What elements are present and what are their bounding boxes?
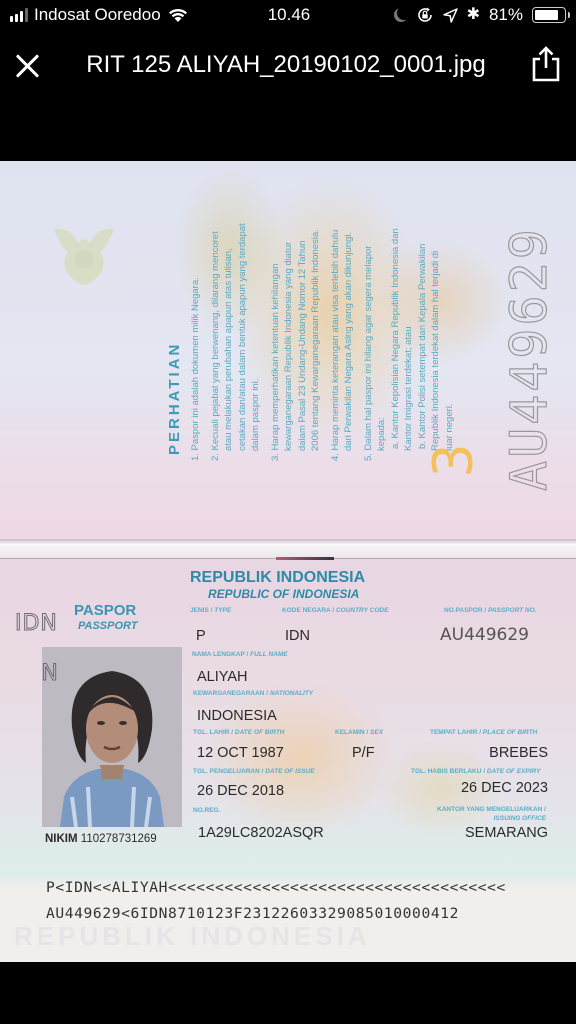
holder-photo: IDN xyxy=(42,647,182,827)
observation-line: cetakan dan/atau dalam bentuk apapun yan… xyxy=(237,223,248,451)
observation-line: 2006 tentang Kewarganegaraan Republik In… xyxy=(310,229,321,451)
header-republic: REPUBLIC OF INDONESIA xyxy=(208,587,359,601)
photo-country-mark: IDN xyxy=(42,661,59,686)
header-republik: REPUBLIK INDONESIA xyxy=(190,569,365,587)
nikim-label: NIKIM xyxy=(45,833,78,845)
value-sex: P/F xyxy=(352,745,375,761)
value-issuing-office: SEMARANG xyxy=(465,825,548,841)
label-nationality: KEWARGANEGARAAN / NATIONALITY xyxy=(193,690,313,697)
value-place-of-birth: BREBES xyxy=(489,745,548,761)
observation-line: dalam paspor ini. xyxy=(250,379,261,451)
value-nationality: INDONESIA xyxy=(197,708,277,724)
label-reg-no: NO.REG. xyxy=(193,807,220,814)
file-title: RIT 125 ALIYAH_20190102_0001.jpg xyxy=(0,51,576,79)
battery-icon xyxy=(532,7,566,23)
passport-image[interactable]: PERHATIAN 1. Paspor ini adalah dokumen m… xyxy=(0,161,576,962)
label-country-code: KODE NEGARA / COUNTRY CODE xyxy=(282,607,388,614)
label-issuing-office: KANTOR YANG MENGELUARKAN /ISSUING OFFICE xyxy=(437,805,546,823)
observation-line: a. Kantor Kepolisian Negara Republik Ind… xyxy=(390,228,401,449)
share-icon[interactable] xyxy=(530,46,562,82)
page-number: 3 xyxy=(422,443,485,477)
value-type: P xyxy=(196,628,206,644)
location-icon xyxy=(443,8,458,23)
label-passport-no: NO.PASPOR / PASSPORT NO. xyxy=(444,607,536,614)
page-edge-marker xyxy=(276,557,334,560)
observations-page: PERHATIAN 1. Paspor ini adalah dokumen m… xyxy=(0,161,576,545)
status-bar: Indosat Ooredoo 10.46 ✱ 81% xyxy=(0,0,576,32)
observation-line: b. Kantor Polisi setempat dan Kepala Per… xyxy=(417,244,428,449)
observation-line: 5. Dalam hal paspor ini hilang agar sege… xyxy=(363,246,374,461)
label-date-of-issue: TGL. PENGELUARAN / DATE OF ISSUE xyxy=(193,768,315,775)
observation-line: 2. Kecuali pejabat yang berwenang, dilar… xyxy=(210,231,221,461)
observation-line: Republik Indonesia terdekat dalam hal te… xyxy=(430,251,441,451)
value-full-name: ALIYAH xyxy=(197,669,248,685)
value-country-code: IDN xyxy=(285,628,310,644)
label-date-of-expiry: TGL. HABIS BERLAKU / DATE OF EXPIRY xyxy=(411,768,540,775)
value-date-of-birth: 12 OCT 1987 xyxy=(197,745,284,761)
battery-level xyxy=(535,10,558,20)
observation-line: dalam Pasal 23 Undang-Undang Nomor 12 Ta… xyxy=(297,240,308,451)
perforated-passport-number: AU449629 xyxy=(500,226,558,491)
observation-line: dari Perwakilan Negara Asing yang akan d… xyxy=(343,232,354,451)
label-place-of-birth: TEMPAT LAHIR / PLACE OF BIRTH xyxy=(430,729,537,736)
portrait-image xyxy=(42,647,182,827)
label-type: JENIS / TYPE xyxy=(190,607,231,614)
observation-line: Kantor Imigrasi terdekat; atau xyxy=(403,326,414,451)
label-full-name: NAMA LENGKAP / FULL NAME xyxy=(192,651,288,658)
nikim-value: 110278731269 xyxy=(81,833,157,845)
doc-label-paspor: PASPOR xyxy=(74,602,136,619)
observation-line: 3. Harap memperhatikan ketentuan kehilan… xyxy=(270,263,281,461)
observation-line: kepada: xyxy=(376,417,387,451)
label-date-of-birth: TGL. LAHIR / DATE OF BIRTH xyxy=(193,729,285,736)
nikim-number: NIKIM 110278731269 xyxy=(45,833,157,845)
observation-line: 1. Paspor ini adalah dokumen milik Negar… xyxy=(190,277,201,461)
garuda-emblem-icon xyxy=(50,223,118,289)
bluetooth-icon: ✱ xyxy=(467,7,480,23)
label-sex: KELAMIN / SEX xyxy=(335,729,383,736)
value-date-of-issue: 26 DEC 2018 xyxy=(197,783,284,799)
rotation-lock-icon xyxy=(416,6,434,24)
battery-percent: 81% xyxy=(489,5,523,25)
mrz-line-1: P<IDN<<ALIYAH<<<<<<<<<<<<<<<<<<<<<<<<<<<… xyxy=(46,879,506,896)
country-mark: IDN xyxy=(15,611,58,636)
value-date-of-expiry: 26 DEC 2023 xyxy=(461,780,548,796)
viewer-nav-bar: RIT 125 ALIYAH_20190102_0001.jpg xyxy=(0,40,576,92)
value-passport-no: AU449629 xyxy=(440,625,529,645)
doc-label-passport: PASSPORT xyxy=(78,620,138,632)
observation-line: kewarganegaraan Republik Indonesia yang … xyxy=(283,242,294,451)
observation-line: 4. Harap meminta keterangan atau visa te… xyxy=(330,230,341,461)
passport-data-page: REPUBLIK INDONESIA REPUBLIC OF INDONESIA… xyxy=(0,559,576,962)
observation-line: atau melakukan perubahan apapun atas tul… xyxy=(223,248,234,451)
observations-heading: PERHATIAN xyxy=(166,342,183,455)
watermark: REPUBLIK INDONESIA xyxy=(14,921,371,952)
mrz-line-2: AU449629<6IDN8710123F2312260332908501000… xyxy=(46,905,459,922)
moon-icon xyxy=(397,6,411,20)
value-reg-no: 1A29LC8202ASQR xyxy=(198,825,324,841)
